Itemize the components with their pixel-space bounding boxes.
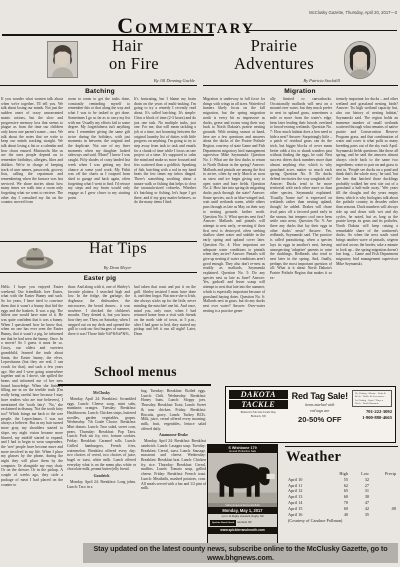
header-thin-rule (246, 30, 397, 31)
mcclusky-menu: Monday, April 24: Breakfast: Scrambled e… (67, 397, 136, 472)
dakota-tackle-logo: DAKOTA TACKLE Bismarck's Full-Line Tackl… (226, 387, 290, 442)
hat-tips-title: Hat Tips (58, 241, 178, 257)
woman-headshot-icon (345, 42, 375, 78)
divider (203, 85, 398, 86)
columnist-photo-gackle (47, 41, 78, 78)
prairie-adventures-byline: By Patricia Stockdill (228, 78, 340, 83)
ranch-logo: Spickler Ranch North (210, 520, 236, 526)
migration-column-3: tremely important for ducks – and other … (336, 97, 398, 381)
hair-on-fire-byline: By Jill Denning Gackle (95, 78, 195, 83)
anamoose-drake-menu: Monday, April 24: Breakfast: Breakfast s… (141, 439, 206, 491)
easter-pig-column-3: had taken that roast and put it on the g… (134, 285, 196, 367)
cowboy-hat-image (14, 243, 56, 272)
easter-pig-column-2: thaw. And along with it, one of Shirley'… (68, 285, 130, 364)
dakota-address-line2: Bismarck, ND (229, 415, 288, 418)
batching-column-3: It's frustrating, but I blame my brain d… (134, 97, 196, 239)
red-tag-sale-headline: Red Tag Sale! (290, 391, 350, 401)
discount-text: 20-50% OFF (290, 415, 350, 424)
services-list: Fly Fishing · Marine · Rods & Reels · Ta… (352, 390, 392, 407)
header-thick-rule (2, 34, 214, 36)
school-menus-title: School menus (58, 364, 213, 380)
school-name-anamoose-drake: Anamoose-Drake (141, 433, 206, 438)
bull-photo (208, 453, 277, 503)
dakota-logo-line1: DAKOTA (229, 390, 288, 399)
weather-courtesy: (Courtesy of Candace Pollman) (288, 518, 398, 523)
columnist-photo-stockdill (344, 41, 376, 79)
phone-number-2: 1-800-880-4665 (352, 415, 392, 421)
hair-on-fire-title-line1: Hair (80, 38, 175, 55)
hair-on-fire-title-line2: on Fire (80, 56, 188, 73)
red-tag-sale-sub1: items marked with (290, 402, 350, 407)
divider (0, 272, 197, 273)
migration-column-2: ally limited to canvasbacks. Occasionall… (270, 97, 332, 381)
goodrich-menu-start: Monday, April 24: Breakfast: Long johns.… (67, 480, 136, 489)
dakota-logo-line2: TACKLE (229, 400, 288, 409)
divider (0, 85, 197, 86)
school-name-mcclusky: McClusky (67, 391, 136, 396)
easter-pig-column-1: Hello. I hope you enjoyed Easter weekend… (1, 285, 63, 540)
page-folio: McClusky Gazette, Thursday, April 20, 20… (309, 10, 397, 15)
prairie-adventures-title-line1: Prairie (213, 38, 335, 55)
hat-tips-byline: By Dean Meyer (70, 265, 165, 270)
batching-heading: Batching (40, 88, 160, 95)
dakota-tackle-ad: DAKOTA TACKLE Bismarck's Full-Line Tackl… (225, 386, 396, 443)
prairie-adventures-title-line2: Adventures (203, 56, 345, 73)
newspaper-page: McClusky Gazette, Thursday, April 20, 20… (0, 0, 400, 567)
red-tag-sale-sub2: red tags are (290, 408, 350, 413)
school-menus-column-1: McClusky Monday, April 24: Breakfast: Sc… (67, 389, 136, 537)
weather-table: High Low Precip April 105532 April 11622… (288, 471, 398, 523)
school-name-goodrich: Goodrich (67, 474, 136, 479)
migration-heading: Migration (240, 88, 360, 95)
subscribe-banner: Stay updated on the latest county news, … (83, 543, 398, 563)
divider (285, 446, 398, 447)
weather-title: Weather (286, 449, 341, 466)
dakota-address-line1: Bismarck's Full-Line Tackle Shop (229, 411, 288, 414)
bull-ad-date: Monday, May 1, 2017 (208, 507, 277, 514)
ranch-location: Glenfield, ND (237, 521, 251, 524)
easter-pig-heading: Easter pig (40, 275, 160, 282)
migration-column-1: Migration is underway in full force for … (203, 97, 265, 381)
bull-ad-website: www.spicklerranchnorth.com (208, 527, 277, 534)
weather-row: April 164035 (288, 512, 398, 518)
cowboy-hat-icon (14, 243, 56, 272)
school-menus-rule (58, 384, 211, 386)
batching-column-1: If you wonder what women talk about when… (1, 97, 63, 239)
woman-headshot-icon (48, 42, 77, 77)
batching-column-2: room to room to get the tasks done, cons… (68, 97, 130, 239)
goodrich-menu-cont: bag. Tuesday: Breakfast: Boiled eggs. Lu… (141, 389, 206, 431)
school-menus-column-2: bag. Tuesday: Breakfast: Boiled eggs. Lu… (141, 389, 206, 537)
bull-icon (208, 453, 277, 503)
